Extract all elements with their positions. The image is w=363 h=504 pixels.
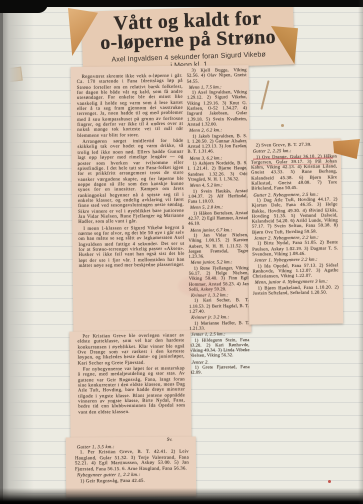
article-text-paragraph: Arrangøren sørget imidlertid for både sk… [77, 139, 184, 226]
article-text-paragraph: 1) Hildegunn Stein, Fana 43.20. 2) Kari … [189, 337, 249, 359]
scan-edge-bottom [0, 488, 363, 504]
article-text-paragraph: 1) Birte Nydal, Fana 51.05. 2) Bente Pau… [252, 240, 338, 257]
article-text-paragraph: 1) Jakob Ingvaldsen, B. S. I. 1.20.50. 2… [187, 133, 247, 155]
article-column-left: Regnværet skremte ikke vekk o-løperne i … [77, 74, 185, 270]
scan-edge-top-left [0, 0, 48, 13]
article-text-paragraph: For nybegynnerne var løpet for et mester… [78, 366, 185, 415]
speck-mark [281, 124, 284, 127]
scrapbook-page: Vått og kaldt for o-løperne på Strøno Ax… [0, 0, 363, 504]
red-dot-mark [328, 480, 331, 483]
scan-edge-top [0, 0, 363, 7]
article-text-paragraph: 1) Geir Rognsvåg, Fana 42.45. [75, 478, 189, 484]
author-signature: Sv. [75, 438, 189, 444]
article-text-paragraph: 1) Ida Opedal, Fana 57.13. 2) Sidsel Røn… [252, 262, 338, 279]
newspaper-clipping-strip: 2) Sven Greve, B. T. 27.39.Gutter 2, 2.2… [247, 138, 344, 324]
article-text-paragraph: 1) Svein Haukås, Arstad 1.04.37. 2) Alf … [188, 188, 248, 205]
article-text-paragraph: 1) Kari Secher, B. T. 1.18.53. 2) Berit … [189, 298, 249, 315]
article-text-paragraph: Per Kristian Greve ble overlegen vinner … [77, 333, 184, 366]
results-column-middle: 3) Kjell Bugge, Viking 52.56. 4) Olav Ni… [187, 67, 250, 376]
scan-edge-left-line [0, 0, 3, 504]
article-text-paragraph: 1) Bjørn Haukeland, Fana 1.10.20. 2) Jos… [253, 284, 339, 296]
article-text-paragraph: 3) Kjell Bugge, Viking 52.56. 4) Olav Ni… [187, 67, 247, 84]
article-text-paragraph: Regnværet skremte ikke vekk o-løperne i … [77, 74, 184, 139]
article-text-paragraph: 1) Marianne Hadler, B. T. 1.21.33. [189, 320, 249, 331]
article-text-paragraph: I menn 1-klassen er Sigurd Vikebø begynt… [78, 225, 184, 269]
article-text-paragraph: 1) Axel Ingvaldsen, Viking 1.29.12. 2) S… [187, 89, 247, 127]
newspaper-clipping-lower: Per Kristian Greve ble overlegen vinner … [69, 330, 191, 440]
article-text-paragraph: 1) Asbjørn Nordeide, B. S. I. 1.21.41. 2… [188, 160, 248, 182]
red-smudge [178, 274, 232, 298]
article-text-paragraph: 1) Håkon Bertelsen, Arstad 42.37. 2) Egi… [188, 210, 248, 227]
article-text-paragraph: 1) Jan Vidar Nielsen, Viking 1.08.15. 2)… [188, 232, 248, 259]
scan-edge-right [358, 0, 363, 504]
article-text-paragraph: 1. Per Kristian Greve, B. T. 42.41. 2) L… [75, 450, 189, 473]
results-column-bottom: Sv.Gutter 1, 3.5 km.:1. Per Kristian Gre… [75, 438, 189, 486]
article-column-lower: Per Kristian Greve ble overlegen vinner … [77, 333, 185, 416]
newspaper-clipping-title: Vått og kaldt for o-løperne på Strøno Ax… [81, 4, 295, 71]
article-text-paragraph: 1) Dag Atle Tuft, Hovding 44.17. 2) Kjar… [252, 196, 339, 234]
scan-edge-left [0, 0, 36, 504]
article-text-paragraph: 1) Grete Fjærestad, Fana 42.09. [190, 364, 250, 375]
